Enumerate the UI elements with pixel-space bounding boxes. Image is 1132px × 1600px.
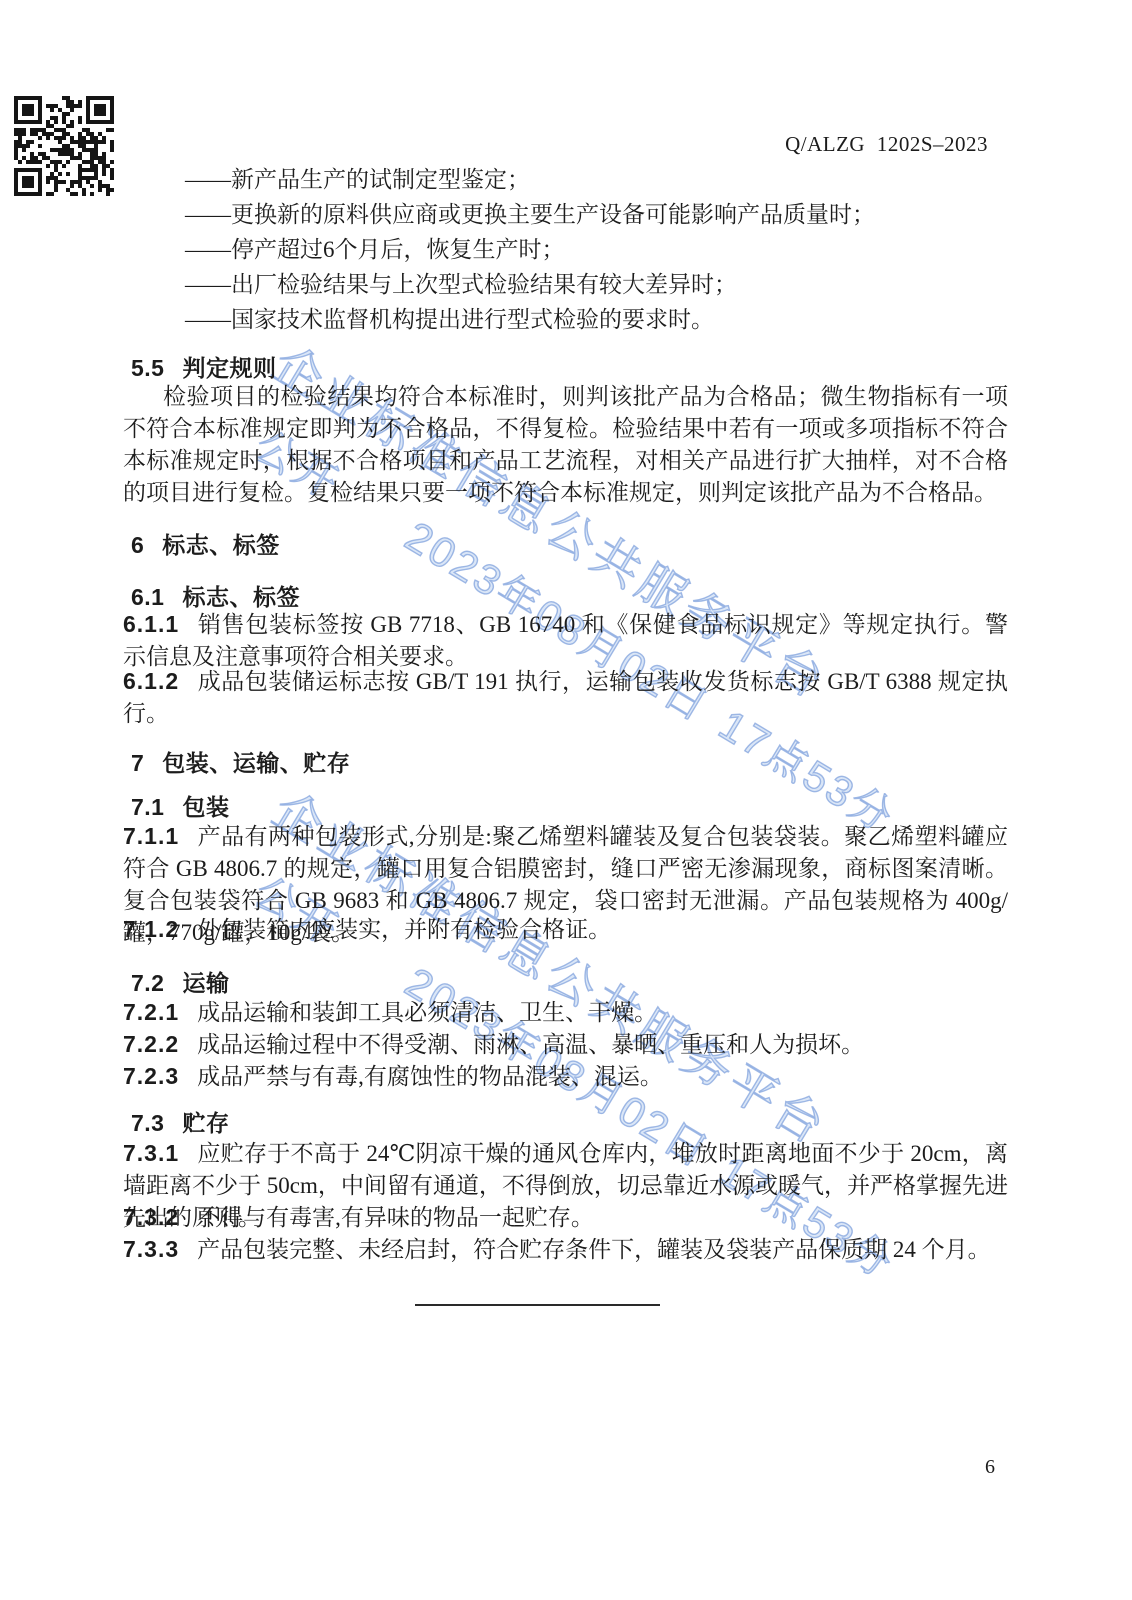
- paragraph-7-2-3: 7.2.3成品严禁与有毒,有腐蚀性的物品混装、混运。: [123, 1060, 1008, 1093]
- list-item: ——新产品生产的试制定型鉴定；: [185, 162, 875, 197]
- heading-7-2: 7.2运输: [131, 965, 229, 998]
- list-item: ——更换新的原料供应商或更换主要生产设备可能影响产品质量时；: [185, 197, 875, 232]
- list-item: ——国家技术监督机构提出进行型式检验的要求时。: [185, 302, 875, 337]
- heading-7-1: 7.1包装: [131, 789, 229, 822]
- heading-7: 7包装、运输、贮存: [131, 745, 350, 778]
- document-page: 企业标准信息公共服务平台 公开2023年08月02日17点53分 企业标准信息公…: [0, 0, 1132, 1600]
- type-test-condition-list: ——新产品生产的试制定型鉴定； ——更换新的原料供应商或更换主要生产设备可能影响…: [185, 162, 875, 337]
- paragraph-5-5: 检验项目的检验结果均符合本标准时，则判该批产品为合格品；微生物指标有一项不符合本…: [123, 381, 1008, 509]
- paragraph-7-2-1: 7.2.1成品运输和装卸工具必须清洁、卫生、干燥。: [123, 996, 1008, 1029]
- paragraph-6-1-1: 6.1.1销售包装标签按 GB 7718、GB 16740 和《保健食品标识规定…: [123, 608, 1008, 673]
- list-item: ——出厂检验结果与上次型式检验结果有较大差异时；: [185, 267, 875, 302]
- end-of-text-rule: [415, 1304, 660, 1306]
- paragraph-7-3-2: 7.3.2不得与有毒害,有异味的物品一起贮存。: [123, 1201, 1008, 1234]
- heading-6: 6标志、标签: [131, 527, 280, 560]
- paragraph-6-1-2: 6.1.2成品包装储运标志按 GB/T 191 执行，运输包装收发货标志按 GB…: [123, 665, 1008, 730]
- paragraph-7-3-3: 7.3.3产品包装完整、未经启封，符合贮存条件下，罐装及袋装产品保质期 24 个…: [123, 1233, 1008, 1266]
- heading-5-5: 5.5判定规则: [131, 350, 276, 383]
- paragraph-7-1-2: 7.1.2外包装箱内应装实，并附有检验合格证。: [123, 913, 1008, 946]
- list-item: ——停产超过6个月后，恢复生产时；: [185, 232, 875, 267]
- document-code: Q/ALZG 1202S–2023: [0, 132, 988, 157]
- page-number: 6: [960, 1456, 1020, 1479]
- heading-7-3: 7.3贮存: [131, 1105, 229, 1138]
- paragraph-7-2-2: 7.2.2成品运输过程中不得受潮、雨淋、高温、暴晒、重压和人为损坏。: [123, 1028, 1008, 1061]
